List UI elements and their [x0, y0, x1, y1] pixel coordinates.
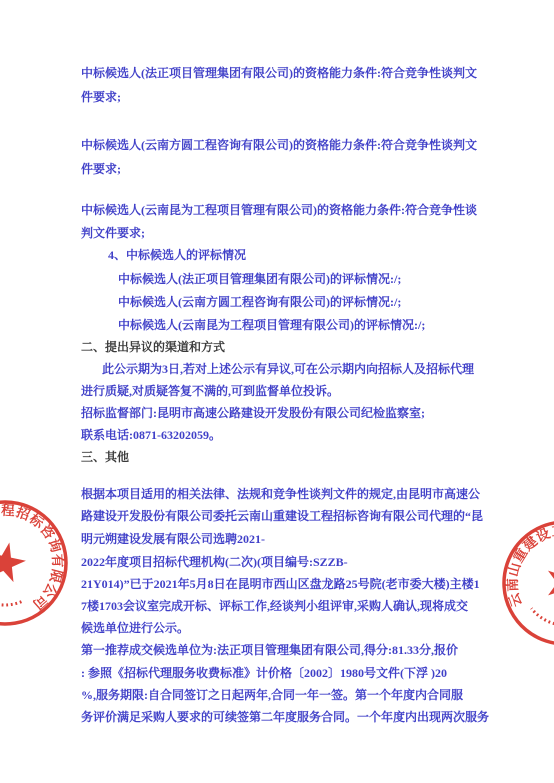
doc-line: 中标候选人(云南方圆工程咨询有限公司)的评标情况:/;: [118, 291, 501, 313]
doc-line: 中标候选人(云南昆为工程项目管理有限公司)的评标情况:/;: [118, 314, 501, 336]
section-heading: 三、其他: [81, 446, 501, 468]
doc-line: 中标候选人(法正项目管理集团有限公司)的资格能力条件:符合竞争性谈判文: [81, 62, 501, 84]
doc-line: 候选单位进行公示。: [81, 617, 501, 639]
doc-line: 明元朔建设发展有限公司选聘2021-: [81, 528, 501, 550]
seal-code-marks: [529, 608, 554, 630]
doc-line: 根据本项目适用的相关法律、法规和竞争性谈判文件的规定,由昆明市高速公: [81, 483, 501, 505]
doc-line: 第一推荐成交候选单位为:法正项目管理集团有限公司,得分:81.33分,报价: [81, 639, 501, 661]
doc-line: 判文件要求;: [81, 222, 501, 244]
section-heading: 二、提出异议的渠道和方式: [81, 336, 501, 358]
doc-line: 中标候选人(法正项目管理集团有限公司)的评标情况:/;: [118, 268, 501, 290]
document-page: 中标候选人(法正项目管理集团有限公司)的资格能力条件:符合竞争性谈判文件要求;中…: [0, 0, 554, 783]
doc-line: : 参照《招标代理服务收费标准》计价格〔2002〕1980号文件(下浮 )20: [81, 662, 501, 684]
doc-line: 招标监督部门:昆明市高速公路建设开发股份有限公司纪检监察室;: [81, 402, 501, 424]
doc-line: 件要求;: [81, 86, 501, 108]
doc-line: 中标候选人(云南方圆工程咨询有限公司)的资格能力条件:符合竞争性谈判文: [81, 134, 501, 156]
doc-line: 件要求;: [81, 158, 501, 180]
doc-line: 进行质疑,对质疑答复不满的,可到监督单位投诉。: [81, 380, 501, 402]
doc-line: 中标候选人(云南昆为工程项目管理有限公司)的资格能力条件:符合竞争性谈: [81, 199, 501, 221]
doc-line: 21Y014)”已于2021年5月8日在昆明市西山区盘龙路25号院(老市委大楼)…: [81, 573, 501, 595]
document-body: 中标候选人(法正项目管理集团有限公司)的资格能力条件:符合竞争性谈判文件要求;中…: [81, 62, 501, 728]
doc-line: 路建设开发股份有限公司委托云南山重建设工程招标咨询有限公司代理的“昆: [81, 505, 501, 527]
company-seal-right: 云南山重建设工程招标咨询有限公司: [495, 513, 554, 653]
star-icon: [0, 538, 29, 583]
doc-line: 2022年度项目招标代理机构(二次)(项目编号:SZZB-: [81, 551, 501, 573]
doc-line: 此公示期为3日,若对上述公示有异议,可在公示期内向招标人及招标代理: [102, 358, 501, 380]
seal-code-marks: [0, 592, 21, 609]
doc-line: %,服务期限:自合同签订之日起两年,合同一年一签。第一个年度内合同服: [81, 684, 501, 706]
doc-line: 联系电话:0871-63202059。: [81, 424, 501, 446]
doc-line: 4、中标候选人的评标情况: [108, 244, 501, 266]
company-seal-left: 云南山重建设工程招标咨询有限公司: [0, 493, 75, 633]
doc-line: 务评价满足采购人要求的可续签第二年度服务合同。一个年度内出现两次服务: [81, 706, 501, 728]
doc-line: 7楼1703会议室完成开标、评标工作,经谈判小组评审,采购人确认,现将成交: [81, 595, 501, 617]
star-icon: [541, 557, 554, 606]
